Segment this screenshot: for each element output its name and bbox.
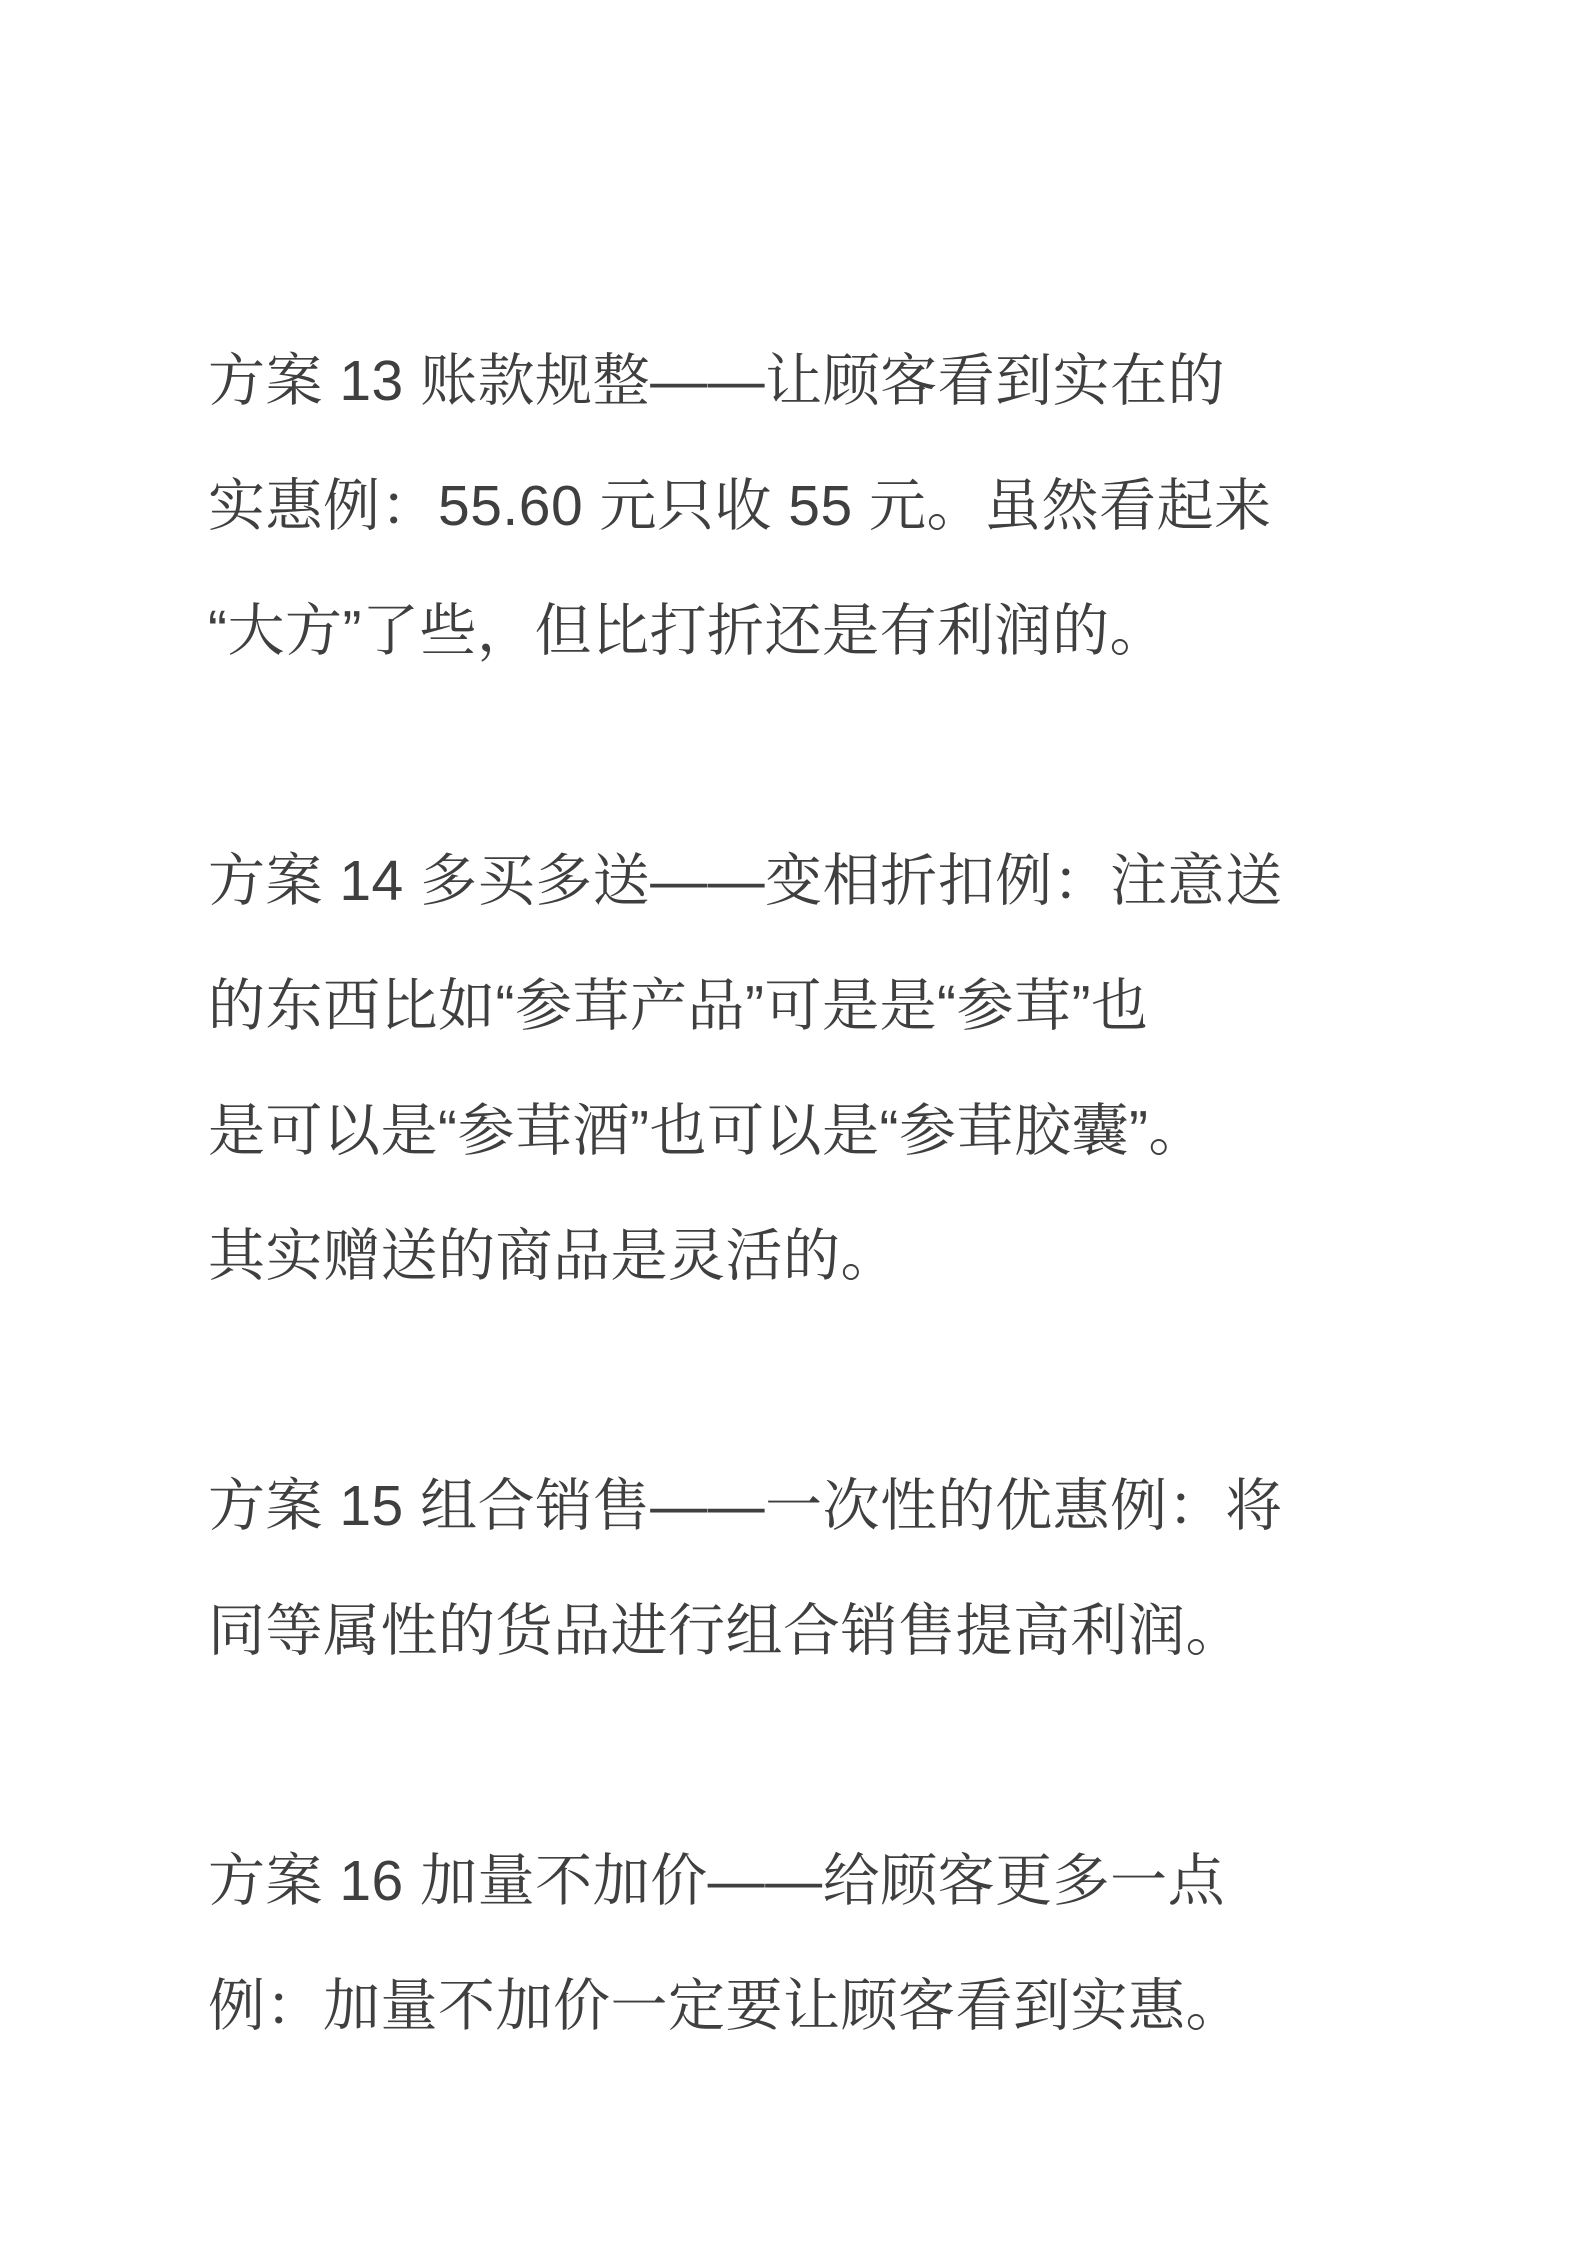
text-line: 方案 14 多买多送——变相折扣例：注意送 (208, 819, 1447, 944)
text-line: 方案 16 加量不加价——给顾客更多一点 (208, 1819, 1447, 1944)
paragraph-plan-16: 方案 16 加量不加价——给顾客更多一点 例：加量不加价一定要让顾客看到实惠。 (208, 1819, 1447, 2069)
text-line: 例：加量不加价一定要让顾客看到实惠。 (208, 1944, 1447, 2069)
text-line: “大方”了些，但比打折还是有利润的。 (208, 569, 1447, 694)
text-line: 实惠例：55.60 元只收 55 元。虽然看起来 (208, 444, 1447, 569)
text-line: 的东西比如“参茸产品”可是是“参茸”也 (208, 944, 1447, 1069)
document-page: 方案 13 账款规整——让顾客看到实在的 实惠例：55.60 元只收 55 元。… (208, 319, 1447, 2069)
paragraph-plan-13: 方案 13 账款规整——让顾客看到实在的 实惠例：55.60 元只收 55 元。… (208, 319, 1447, 694)
text-line: 是可以是“参茸酒”也可以是“参茸胶囊”。 (208, 1069, 1447, 1194)
paragraph-plan-14: 方案 14 多买多送——变相折扣例：注意送 的东西比如“参茸产品”可是是“参茸”… (208, 819, 1447, 1319)
text-line: 方案 13 账款规整——让顾客看到实在的 (208, 319, 1447, 444)
text-line: 其实赠送的商品是灵活的。 (208, 1194, 1447, 1319)
text-line: 同等属性的货品进行组合销售提高利润。 (208, 1569, 1447, 1694)
text-line: 方案 15 组合销售——一次性的优惠例：将 (208, 1444, 1447, 1569)
paragraph-plan-15: 方案 15 组合销售——一次性的优惠例：将 同等属性的货品进行组合销售提高利润。 (208, 1444, 1447, 1694)
